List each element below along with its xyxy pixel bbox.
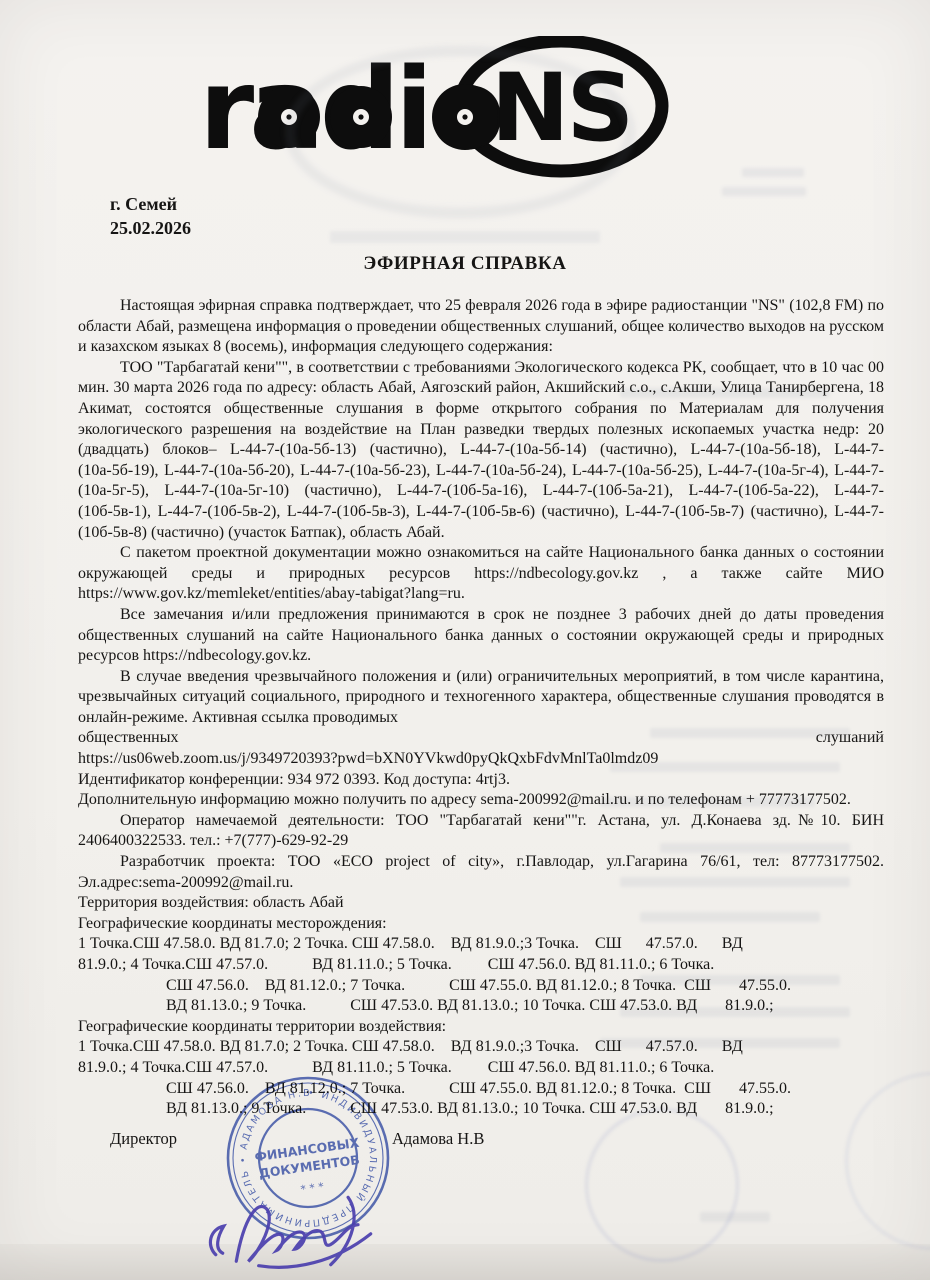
geo-header-deposit: Географические координаты месторождения: xyxy=(78,914,884,935)
document-body: Настоящая эфирная справка подтверждает, … xyxy=(78,296,884,1149)
document-date: 25.02.2026 xyxy=(110,218,191,239)
signer-role: Директор xyxy=(110,1129,177,1150)
scanned-broadcast-certificate: radio NS г. Семей 25.02.2026 ЭФИРНАЯ СПР… xyxy=(0,0,930,1280)
radio-ns-logo-graphic: radio NS xyxy=(203,36,673,184)
signer-name: Адамова Н.В xyxy=(392,1129,484,1150)
territory-line: Территория воздействия: область Абай xyxy=(78,893,884,914)
radio-ns-logo: radio NS xyxy=(203,36,673,184)
vinyl-pin xyxy=(286,114,291,119)
coordinates-territory: 1 Точка.СШ 47.58.0. ВД 81.7.0; 2 Точка. … xyxy=(78,1037,884,1119)
zoom-meeting-url: https://us06web.zoom.us/j/9349720393?pwd… xyxy=(78,749,884,770)
coordinates-deposit: 1 Точка.СШ 47.58.0. ВД 81.7.0; 2 Точка. … xyxy=(78,934,884,1016)
signature-stroke xyxy=(326,1197,357,1265)
developer-line: Разработчик проекта: ТОО «ECO project of… xyxy=(78,852,884,893)
photo-edge-shadow xyxy=(0,1244,930,1280)
vinyl-pin xyxy=(462,114,467,119)
ghost-title-smudge xyxy=(330,231,600,243)
paragraph-intro: Настоящая эфирная справка подтверждает, … xyxy=(78,296,884,358)
geo-header-territory: Географические координаты территории воз… xyxy=(78,1017,884,1038)
signature-row: Директор Адамова Н.В xyxy=(78,1129,884,1150)
operator-line: Оператор намечаемой деятельности: ТОО "Т… xyxy=(78,811,884,852)
ghost-text-smudge xyxy=(700,1212,770,1222)
paragraph-comments-deadline: Все замечания и/или предложения принимаю… xyxy=(78,605,884,667)
paragraph-hearing-announcement: ТОО "Тарбагатай кени"", в соответствии с… xyxy=(78,358,884,543)
contact-info-line: Дополнительную информацию можно получить… xyxy=(78,790,884,811)
paragraph-documentation: С пакетом проектной документации можно о… xyxy=(78,543,884,605)
document-city: г. Семей xyxy=(110,194,177,215)
ghost-text-smudge xyxy=(722,187,806,196)
logo-word-ns: NS xyxy=(491,54,631,163)
conference-id-line: Идентификатор конференции: 934 972 0393.… xyxy=(78,770,884,791)
spread-line-hearings: общественных слушаний xyxy=(78,728,884,749)
handwritten-signature xyxy=(195,1168,426,1280)
spread-right-word: слушаний xyxy=(816,728,884,749)
signature-stroke xyxy=(209,1226,225,1255)
document-title: ЭФИРНАЯ СПРАВКА xyxy=(0,253,930,275)
vinyl-pin xyxy=(358,114,363,119)
paragraph-emergency-online: В случае введения чрезвычайного положени… xyxy=(78,667,884,729)
ghost-text-smudge xyxy=(742,168,804,177)
spread-left-word: общественных xyxy=(78,728,179,749)
